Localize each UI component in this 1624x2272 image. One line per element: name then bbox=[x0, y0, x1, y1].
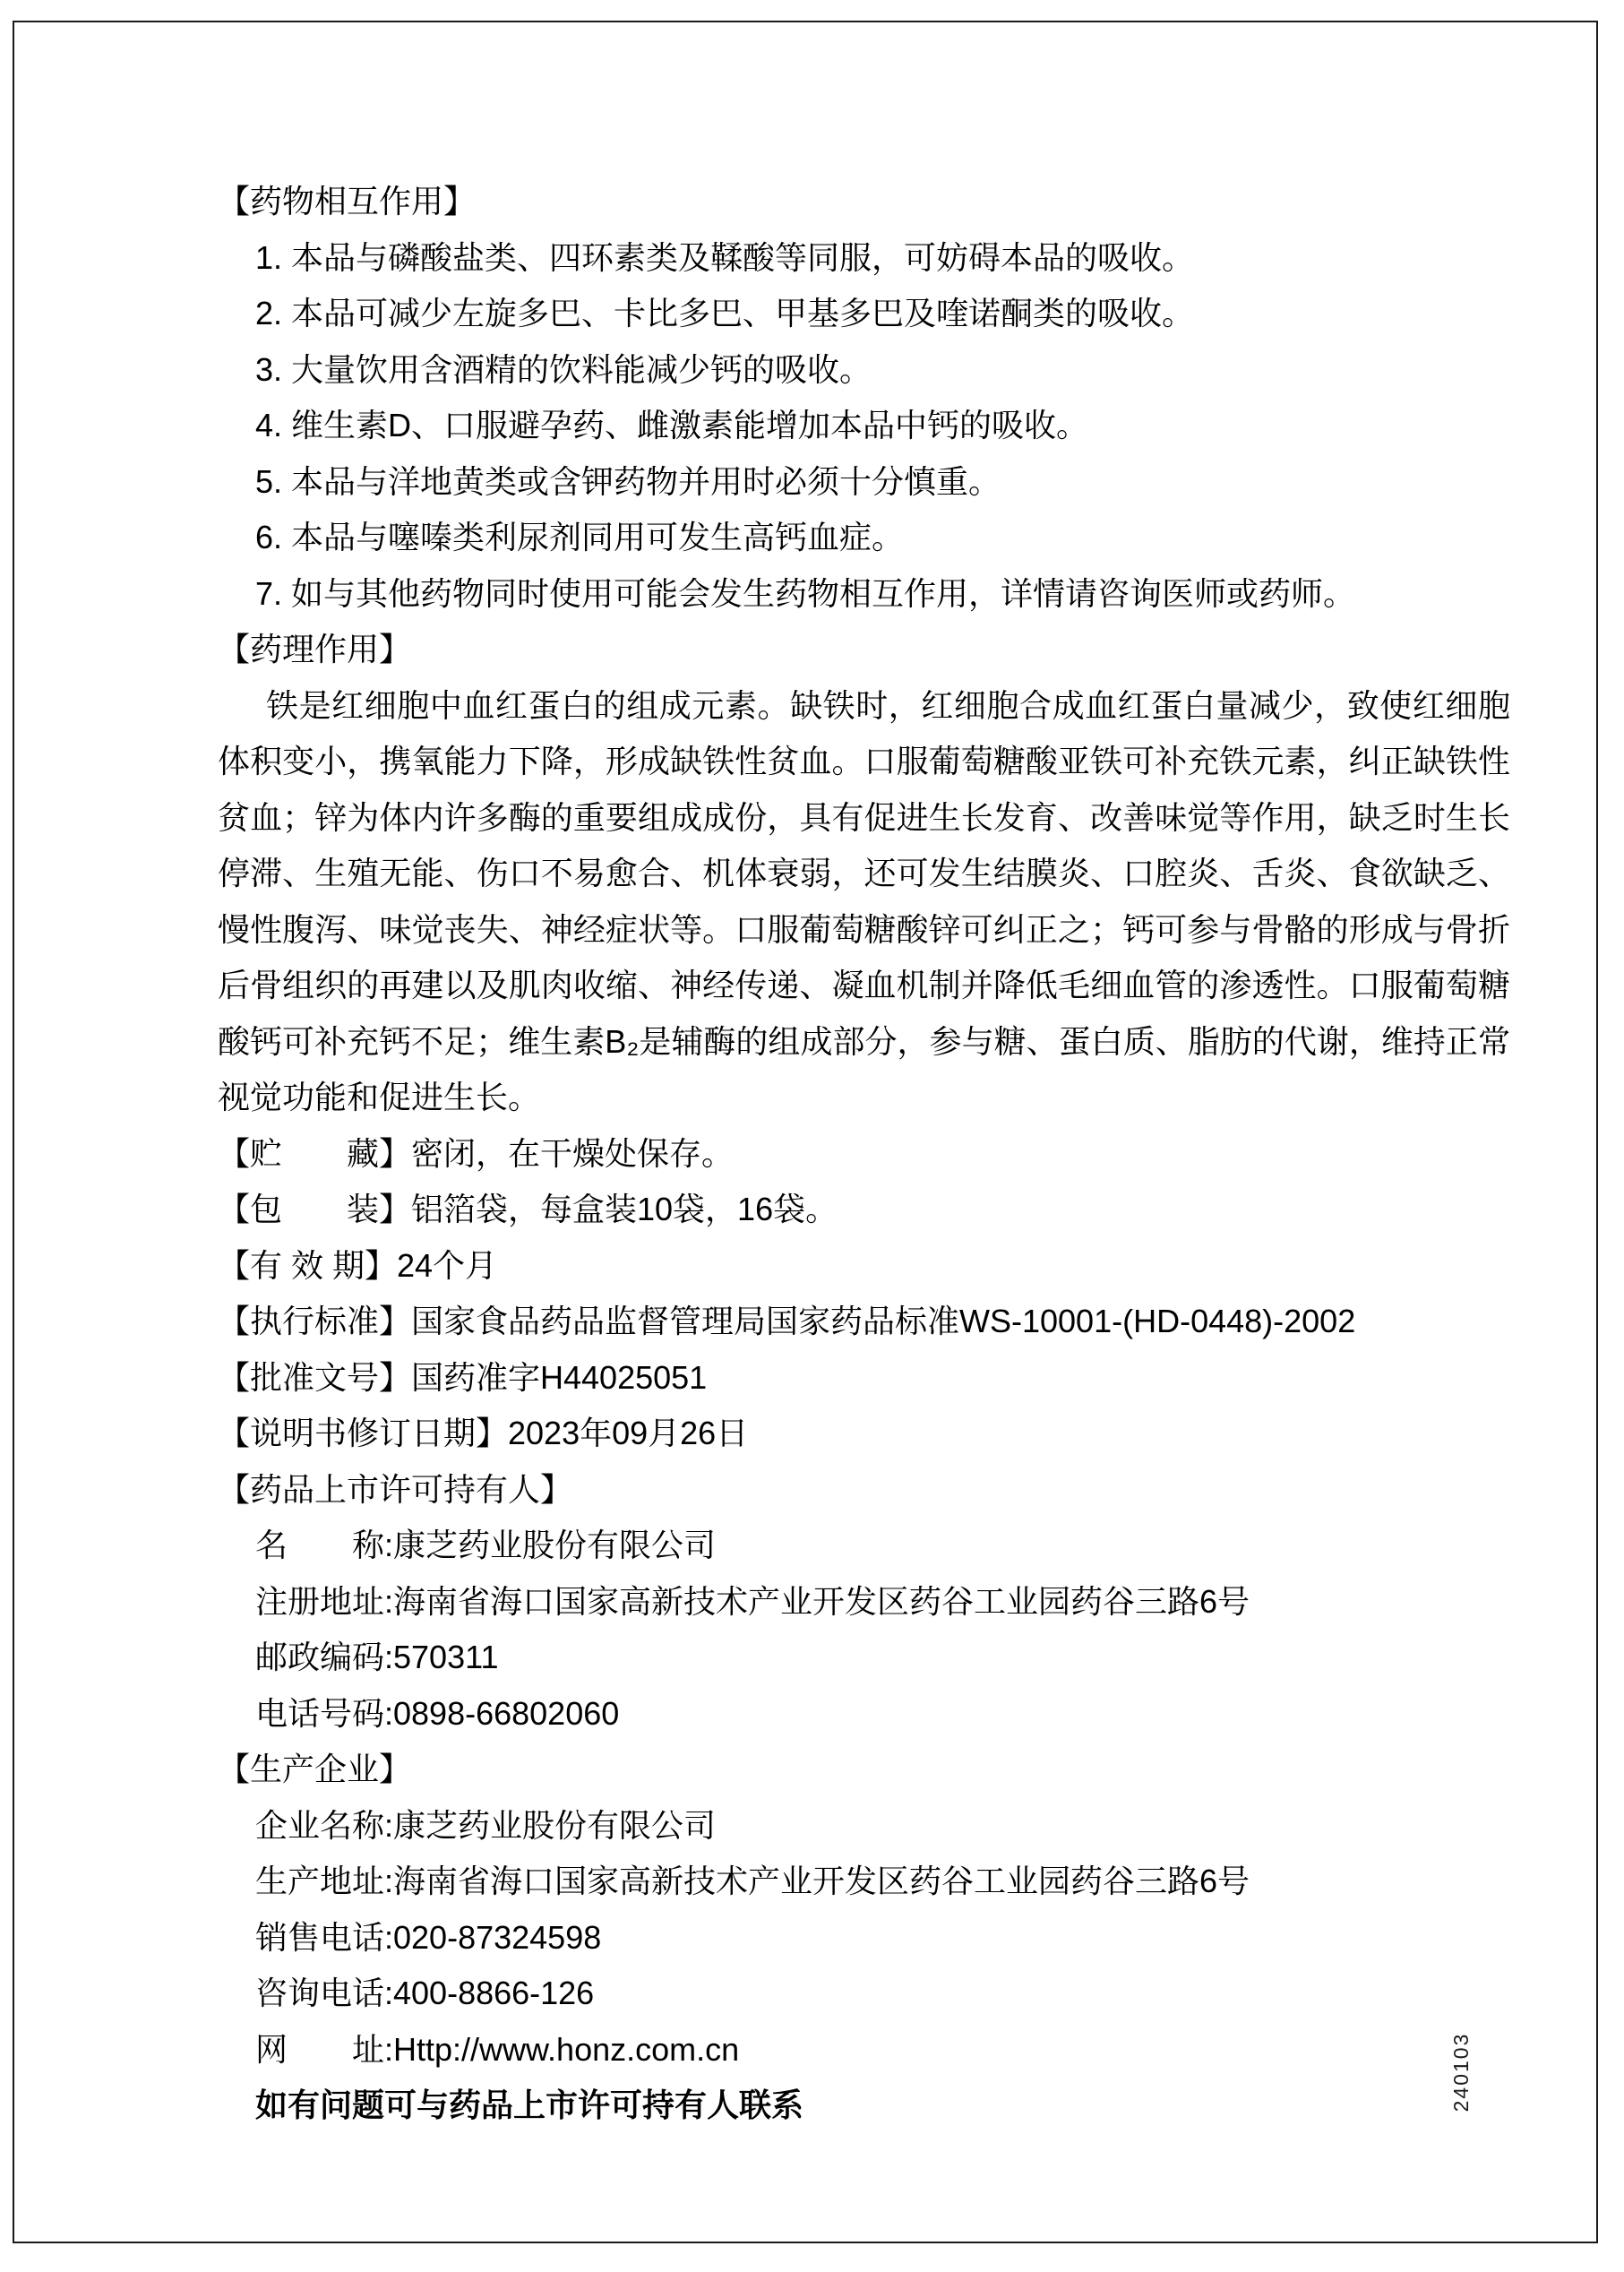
manufacturer-sales-phone: 销售电话:020-87324598 bbox=[218, 1910, 1510, 1966]
field-storage: 【贮 藏】密闭，在干燥处保存。 bbox=[218, 1126, 1510, 1183]
field-approval-value: 国药准字H44025051 bbox=[411, 1359, 707, 1396]
field-validity-value: 24个月 bbox=[397, 1247, 497, 1284]
field-packaging: 【包 装】铝箔袋，每盒装10袋，16袋。 bbox=[218, 1182, 1510, 1238]
field-standard: 【执行标准】国家食品药品监督管理局国家药品标准WS-10001-(HD-0448… bbox=[218, 1294, 1510, 1350]
holder-name: 名 称:康芝药业股份有限公司 bbox=[218, 1518, 1510, 1574]
section-heading-pharmacology: 【药理作用】 bbox=[218, 622, 1510, 678]
manufacturer-sales-value: 020-87324598 bbox=[393, 1919, 601, 1956]
leaflet-content: 【药物相互作用】 1. 本品与磷酸盐类、四环素类及鞣酸等同服，可妨碍本品的吸收。… bbox=[218, 174, 1510, 2134]
manufacturer-sales-label: 销售电话: bbox=[255, 1919, 393, 1956]
holder-phone-value: 0898-66802060 bbox=[393, 1695, 619, 1732]
holder-name-label: 名 称: bbox=[255, 1527, 393, 1563]
manufacturer-production-address: 生产地址:海南省海口国家高新技术产业开发区药谷工业园药谷三路6号 bbox=[218, 1854, 1510, 1910]
interaction-item-7: 7. 如与其他药物同时使用可能会发生药物相互作用，详情请咨询医师或药师。 bbox=[218, 566, 1510, 623]
manufacturer-name-value: 康芝药业股份有限公司 bbox=[393, 1807, 716, 1844]
interaction-item-5: 5. 本品与洋地黄类或含钾药物并用时必须十分慎重。 bbox=[218, 454, 1510, 511]
manufacturer-address-label: 生产地址: bbox=[255, 1863, 393, 1899]
leaflet-page: 【药物相互作用】 1. 本品与磷酸盐类、四环素类及鞣酸等同服，可妨碍本品的吸收。… bbox=[0, 0, 1624, 2272]
interaction-item-2: 2. 本品可减少左旋多巴、卡比多巴、甲基多巴及喹诺酮类的吸收。 bbox=[218, 286, 1510, 342]
holder-name-value: 康芝药业股份有限公司 bbox=[393, 1527, 716, 1563]
manufacturer-consult-label: 咨询电话: bbox=[255, 1975, 393, 2011]
field-revision-label: 【说明书修订日期】 bbox=[218, 1415, 508, 1451]
manufacturer-address-value: 海南省海口国家高新技术产业开发区药谷工业园药谷三路6号 bbox=[393, 1863, 1250, 1899]
holder-address-label: 注册地址: bbox=[255, 1583, 393, 1620]
field-storage-label: 【贮 藏】 bbox=[218, 1135, 411, 1172]
interaction-item-3: 3. 大量饮用含酒精的饮料能减少钙的吸收。 bbox=[218, 342, 1510, 399]
interaction-item-6: 6. 本品与噻嗪类利尿剂同用可发生高钙血症。 bbox=[218, 510, 1510, 566]
field-packaging-value: 铝箔袋，每盒装10袋，16袋。 bbox=[411, 1191, 838, 1227]
field-approval-number: 【批准文号】国药准字H44025051 bbox=[218, 1350, 1510, 1407]
field-storage-value: 密闭，在干燥处保存。 bbox=[411, 1135, 734, 1172]
field-validity-label: 【有 效 期】 bbox=[218, 1247, 397, 1284]
holder-postal-label: 邮政编码: bbox=[255, 1639, 393, 1675]
holder-registered-address: 注册地址:海南省海口国家高新技术产业开发区药谷工业园药谷三路6号 bbox=[218, 1574, 1510, 1631]
interaction-item-1: 1. 本品与磷酸盐类、四环素类及鞣酸等同服，可妨碍本品的吸收。 bbox=[218, 230, 1510, 287]
manufacturer-name: 企业名称:康芝药业股份有限公司 bbox=[218, 1798, 1510, 1855]
section-heading-drug-interactions: 【药物相互作用】 bbox=[218, 174, 1510, 230]
manufacturer-website: 网 址:Http://www.honz.com.cn bbox=[218, 2022, 1510, 2078]
holder-postal-value: 570311 bbox=[393, 1639, 498, 1675]
manufacturer-name-label: 企业名称: bbox=[255, 1807, 393, 1844]
interaction-item-4: 4. 维生素D、口服避孕药、雌激素能增加本品中钙的吸收。 bbox=[218, 398, 1510, 454]
batch-code-vertical: 240103 bbox=[1449, 2029, 1473, 2115]
holder-address-value: 海南省海口国家高新技术产业开发区药谷工业园药谷三路6号 bbox=[393, 1583, 1250, 1620]
field-revision-value: 2023年09月26日 bbox=[508, 1415, 748, 1451]
holder-phone-label: 电话号码: bbox=[255, 1695, 393, 1732]
field-approval-label: 【批准文号】 bbox=[218, 1359, 411, 1396]
section-heading-marketing-authorization-holder: 【药品上市许可持有人】 bbox=[218, 1462, 1510, 1519]
field-standard-value: 国家食品药品监督管理局国家药品标准WS-10001-(HD-0448)-2002 bbox=[411, 1303, 1355, 1339]
field-validity: 【有 效 期】24个月 bbox=[218, 1238, 1510, 1295]
manufacturer-website-value: Http://www.honz.com.cn bbox=[393, 2031, 739, 2068]
field-standard-label: 【执行标准】 bbox=[218, 1303, 411, 1339]
holder-postal-code: 邮政编码:570311 bbox=[218, 1630, 1510, 1686]
manufacturer-consult-phone: 咨询电话:400-8866-126 bbox=[218, 1966, 1510, 2022]
section-heading-manufacturer: 【生产企业】 bbox=[218, 1742, 1510, 1798]
manufacturer-consult-value: 400-8866-126 bbox=[393, 1975, 594, 2011]
contact-note: 如有问题可与药品上市许可持有人联系 bbox=[218, 2078, 1510, 2134]
manufacturer-website-label: 网 址: bbox=[255, 2031, 393, 2068]
holder-phone: 电话号码:0898-66802060 bbox=[218, 1686, 1510, 1743]
pharmacology-paragraph: 铁是红细胞中血红蛋白的组成元素。缺铁时，红细胞合成血红蛋白量减少，致使红细胞体积… bbox=[218, 678, 1510, 1126]
field-revision-date: 【说明书修订日期】2023年09月26日 bbox=[218, 1406, 1510, 1462]
field-packaging-label: 【包 装】 bbox=[218, 1191, 411, 1227]
